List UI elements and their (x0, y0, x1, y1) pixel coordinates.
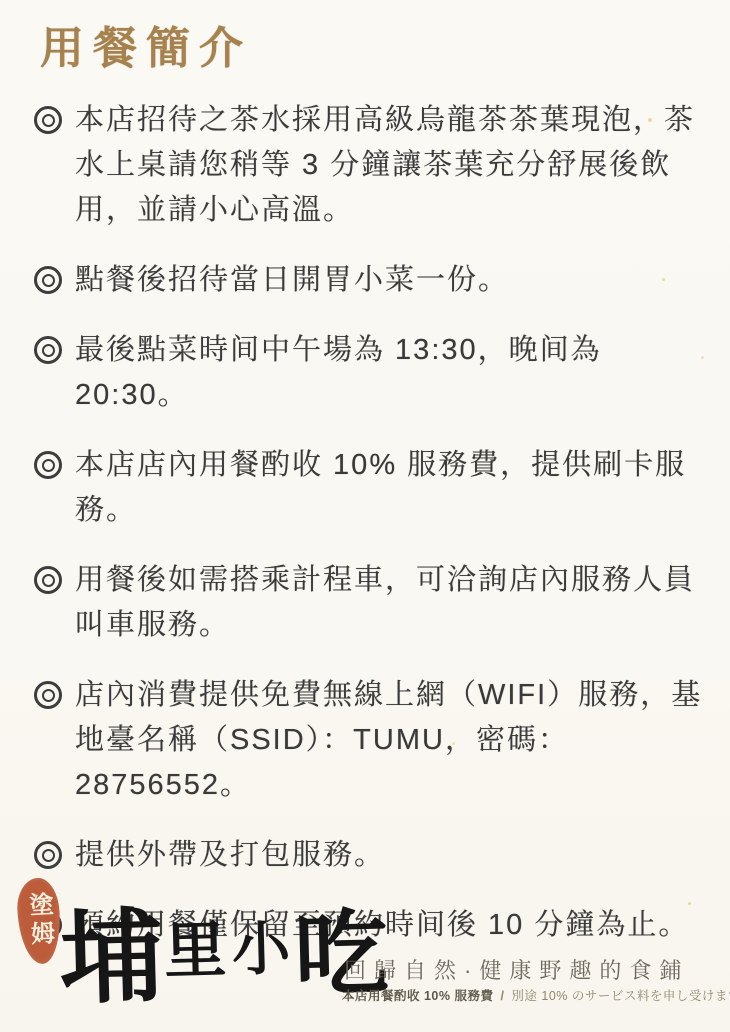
footer-brand-area: 塗姆 埔 里 小 吃 回歸自然·健康野趣的食鋪 本店用餐酌收 10% 服務費 /… (16, 868, 722, 1024)
service-fee-note-separator: / (500, 989, 504, 1003)
logo-char: 小 (231, 920, 291, 979)
menu-info-page: 用餐簡介 本店招待之茶水採用高級烏龍茶茶葉現泡，茶水上桌請您稍等 3 分鐘讓茶葉… (0, 0, 730, 1032)
double-circle-bullet-icon (34, 451, 62, 479)
tumu-red-seal: 塗姆 (16, 877, 62, 965)
bullet-inner-circle (42, 344, 55, 357)
paper-speckle (662, 278, 665, 281)
bullet-inner-circle (42, 114, 55, 127)
logo-char: 里 (163, 920, 227, 984)
note-text: 店內消費提供免費無線上網（WIFI）服務，基地臺名稱（SSID）：TUMU，密碼… (75, 673, 707, 808)
double-circle-bullet-icon (34, 336, 62, 364)
bullet-inner-circle (42, 689, 55, 702)
service-fee-note-chinese: 本店用餐酌收 10% 服務費 (342, 989, 493, 1003)
double-circle-bullet-icon (34, 266, 62, 294)
restaurant-name-calligraphy: 埔 里 小 吃 (59, 882, 390, 1009)
note-text: 本店店內用餐酌收 10% 服務費，提供刷卡服務。 (75, 443, 707, 533)
seal-text: 塗姆 (25, 891, 52, 950)
note-text: 用餐後如需搭乘計程車，可洽詢店內服務人員叫車服務。 (75, 558, 707, 648)
paper-speckle (688, 902, 691, 905)
note-item: 店內消費提供免費無線上網（WIFI）服務，基地臺名稱（SSID）：TUMU，密碼… (34, 673, 710, 808)
note-text: 本店招待之茶水採用高級烏龍茶茶葉現泡，茶水上桌請您稍等 3 分鐘讓茶葉充分舒展後… (75, 98, 707, 233)
note-item: 點餐後招待當日開胃小菜一份。 (34, 258, 710, 303)
double-circle-bullet-icon (34, 681, 62, 709)
brand-tagline: 回歸自然·健康野趣的食鋪 (344, 954, 689, 985)
bullet-inner-circle (42, 459, 55, 472)
double-circle-bullet-icon (34, 106, 62, 134)
paper-speckle (452, 742, 455, 745)
bullet-inner-circle (42, 574, 55, 587)
note-text: 最後點菜時间中午場為 13:30，晚间為 20:30。 (75, 328, 707, 418)
paper-speckle (648, 118, 652, 122)
logo-char: 埔 (59, 909, 164, 1009)
note-text: 點餐後招待當日開胃小菜一份。 (75, 258, 509, 303)
bullet-inner-circle (42, 274, 55, 287)
note-item: 本店招待之茶水採用高級烏龍茶茶葉現泡，茶水上桌請您稍等 3 分鐘讓茶葉充分舒展後… (34, 98, 710, 233)
service-fee-note: 本店用餐酌收 10% 服務費 / 別途 10% のサービス料を申し受けます (342, 986, 730, 1004)
note-item: 用餐後如需搭乘計程車，可洽詢店內服務人員叫車服務。 (34, 558, 710, 648)
note-item: 本店店內用餐酌收 10% 服務費，提供刷卡服務。 (34, 443, 710, 533)
double-circle-bullet-icon (34, 841, 62, 869)
bullet-inner-circle (42, 849, 55, 862)
page-title: 用餐簡介 (40, 12, 252, 76)
service-fee-note-japanese: 別途 10% のサービス料を申し受けます (511, 989, 730, 1003)
double-circle-bullet-icon (34, 566, 62, 594)
dining-notes-list: 本店招待之茶水採用高級烏龍茶茶葉現泡，茶水上桌請您稍等 3 分鐘讓茶葉充分舒展後… (34, 98, 710, 973)
paper-speckle (701, 356, 704, 359)
note-item: 最後點菜時间中午場為 13:30，晚间為 20:30。 (34, 328, 710, 418)
